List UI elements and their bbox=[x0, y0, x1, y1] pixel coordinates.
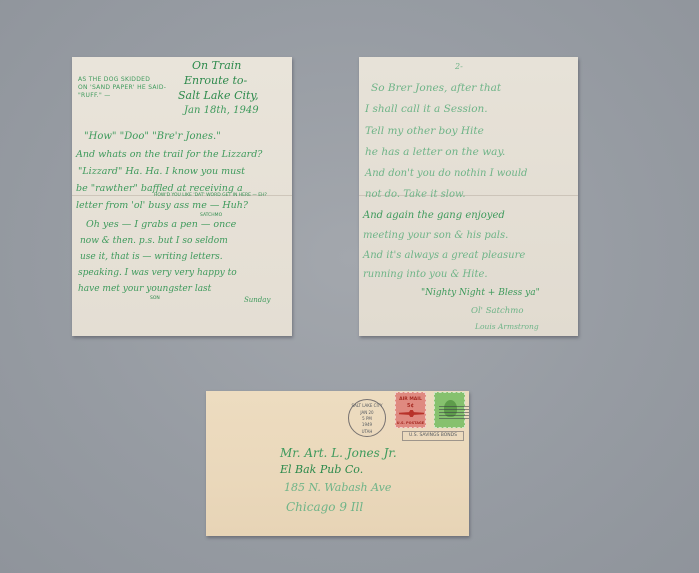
body-line: use it, that is — writing letters. bbox=[80, 253, 223, 262]
body-line: Oh yes — I grabs a pen — once bbox=[86, 220, 236, 230]
body-line: he has a letter on the way. bbox=[365, 147, 505, 158]
airmail-stamp: AIR MAIL 5¢ U.S. POSTAGE bbox=[395, 392, 426, 428]
letter-page-2: 2- So Brer Jones, after that I shall cal… bbox=[359, 57, 578, 336]
body-line: running into you & Hite. bbox=[363, 270, 488, 280]
valediction: Ol' Satchmo bbox=[471, 307, 523, 316]
stamp-bottom-text: U.S. POSTAGE bbox=[396, 421, 425, 425]
insertion-note: HOW'D YOU LIKE 'DAT' WORD GET IN HERE — … bbox=[154, 194, 267, 199]
stamp-label: AIR MAIL bbox=[396, 397, 425, 402]
address-line: El Bak Pub Co. bbox=[280, 464, 363, 475]
body-line: meeting your son & his pals. bbox=[363, 231, 508, 241]
insertion-note: SON bbox=[150, 297, 160, 302]
body-line: I shall call it a Session. bbox=[365, 104, 488, 115]
body-line: "Lizzard" Ha. Ha. I know you must bbox=[78, 167, 245, 177]
body-line: have met your youngster last bbox=[78, 285, 211, 294]
body-line: letter from 'ol' busy ass me — Huh? bbox=[76, 201, 248, 211]
postmark-state: UTAH bbox=[349, 429, 385, 434]
address-line: Chicago 9 Ill bbox=[286, 501, 363, 513]
postmark-year: 1949 bbox=[349, 422, 385, 427]
insertion-note: Sunday bbox=[244, 297, 270, 304]
body-line: And again the gang enjoyed bbox=[363, 211, 505, 221]
body-line: And whats on the trail for the Lizzard? bbox=[76, 150, 262, 160]
address-line: Mr. Art. L. Jones Jr. bbox=[280, 447, 397, 459]
envelope: AIR MAIL 5¢ U.S. POSTAGE SALT LAKE CITY … bbox=[206, 391, 469, 536]
cancellation-lines bbox=[439, 406, 469, 420]
heading-line: Enroute to- bbox=[184, 75, 247, 86]
heading-line: On Train bbox=[192, 60, 241, 71]
postmark-date: JAN 20 bbox=[349, 410, 385, 415]
margin-note-line: AS THE DOG SKIDDED bbox=[78, 77, 150, 83]
heading-date: Jan 18th, 1949 bbox=[184, 106, 259, 116]
letter-page-1: AS THE DOG SKIDDED ON 'SAND PAPER' HE SA… bbox=[72, 57, 292, 336]
closing: "Nighty Night + Bless ya" bbox=[421, 289, 540, 298]
body-line: So Brer Jones, after that bbox=[371, 83, 501, 94]
body-line: Tell my other boy Hite bbox=[365, 126, 484, 137]
body-line: And don't you do nothin I would bbox=[365, 169, 527, 179]
body-line: not do. Take it slow. bbox=[365, 190, 466, 200]
postmark-time: 5 PM bbox=[349, 416, 385, 421]
margin-note-line: "RUFF." — bbox=[78, 93, 111, 99]
airplane-icon bbox=[399, 410, 424, 417]
body-line: now & then. p.s. but I so seldom bbox=[80, 237, 228, 246]
heading-line: Salt Lake City, bbox=[178, 90, 259, 101]
margin-note-line: ON 'SAND PAPER' HE SAID- bbox=[78, 85, 166, 91]
insertion-note: SATCHMO bbox=[200, 214, 222, 219]
body-line: speaking. I was very very happy to bbox=[78, 269, 237, 278]
slogan-cancel: U.S. SAVINGS BONDS bbox=[402, 431, 464, 441]
postmark-city: SALT LAKE CITY bbox=[349, 403, 385, 408]
stamp-value: 5¢ bbox=[396, 403, 425, 409]
greeting: "How" "Doo" "Bre'r Jones." bbox=[84, 132, 221, 142]
page-number: 2- bbox=[455, 63, 463, 71]
postmark: SALT LAKE CITY JAN 20 5 PM 1949 UTAH bbox=[348, 399, 386, 437]
address-line: 185 N. Wabash Ave bbox=[284, 482, 391, 493]
signature: Louis Armstrong bbox=[475, 323, 539, 331]
body-line: And it's always a great pleasure bbox=[363, 251, 525, 261]
